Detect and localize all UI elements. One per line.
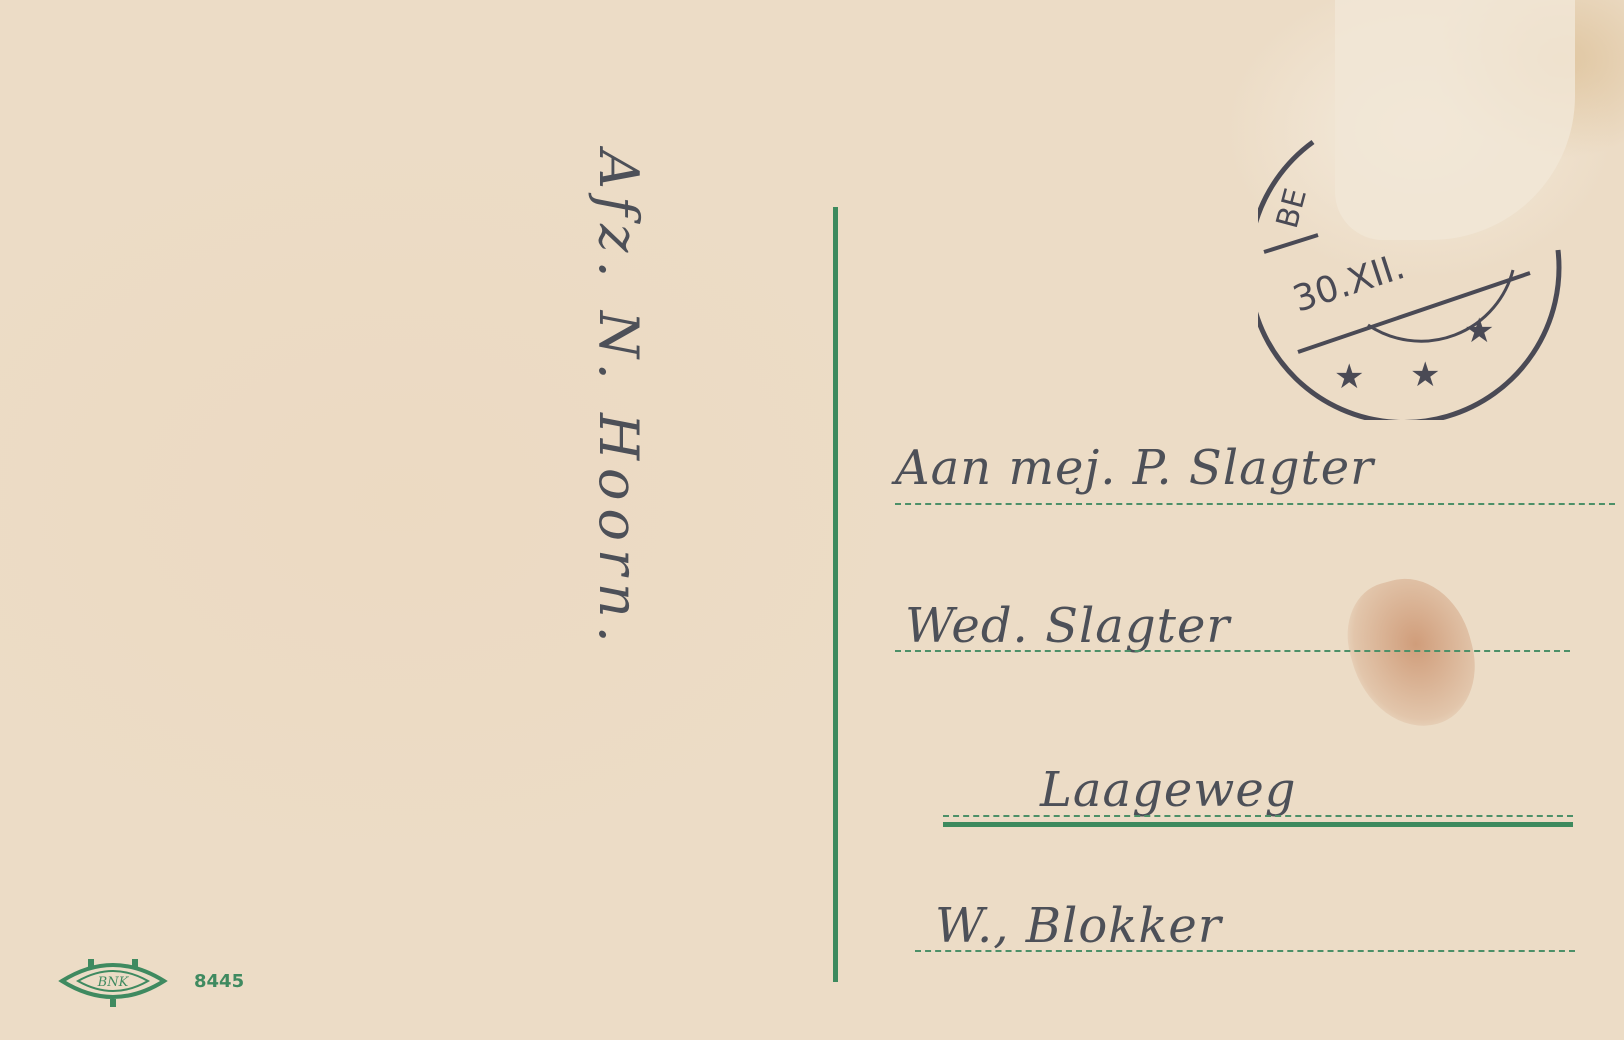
postcard-back: Afz. N. Hoorn. BE 30.XII. ★ ★ ★ Aan mej.… xyxy=(0,0,1624,1040)
brown-stain xyxy=(1335,565,1490,741)
svg-text:★: ★ xyxy=(1410,355,1440,395)
address-rule-3 xyxy=(943,815,1573,817)
svg-text:BNK: BNK xyxy=(97,975,130,990)
address-rule-1 xyxy=(895,503,1615,505)
publisher-logo-icon: BNK xyxy=(58,955,168,1007)
svg-text:★: ★ xyxy=(1464,311,1494,351)
postmark-date: 30.XII. xyxy=(1288,246,1410,320)
address-rule-2 xyxy=(895,650,1570,652)
address-rule-4 xyxy=(915,950,1575,952)
postmark-icon: BE 30.XII. ★ ★ ★ xyxy=(1258,130,1578,420)
address-line-1: Aan mej. P. Slagter xyxy=(895,440,1374,496)
svg-text:BE: BE xyxy=(1270,185,1314,232)
address-line-3: Laageweg xyxy=(1040,762,1296,818)
catalog-number: 8445 xyxy=(194,971,244,992)
center-divider xyxy=(833,207,838,982)
sender-note: Afz. N. Hoorn. xyxy=(587,150,650,651)
address-underline-bar xyxy=(943,822,1573,827)
address-line-4: W., Blokker xyxy=(935,898,1222,954)
svg-text:★: ★ xyxy=(1334,357,1364,397)
publisher-mark: BNK 8445 xyxy=(58,955,244,1007)
address-line-2: Wed. Slagter xyxy=(905,598,1230,654)
